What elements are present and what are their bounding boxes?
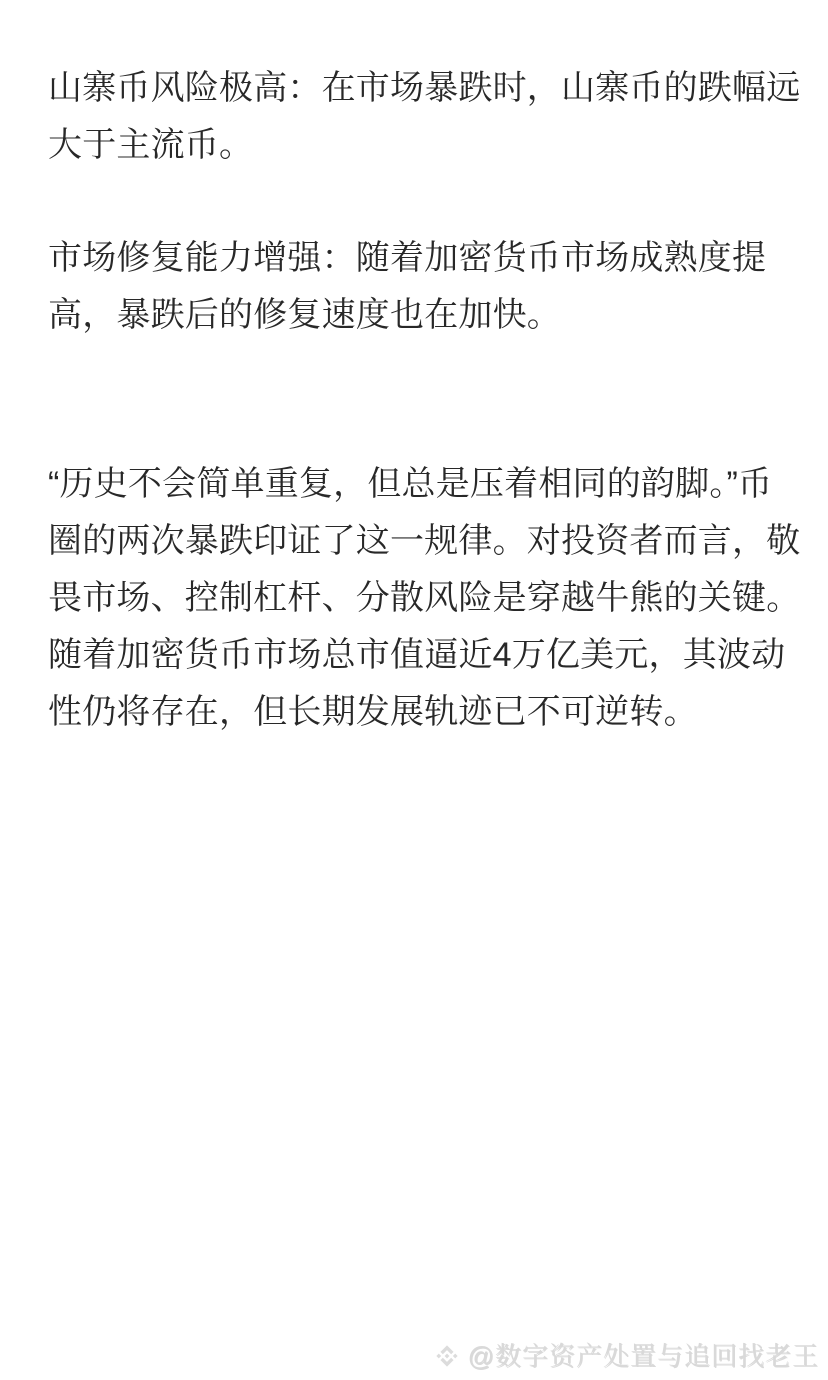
text-line: 高，暴跌后的修复速度也在加快。 — [48, 287, 810, 344]
watermark: @数字资产处置与追回找老王 — [430, 1337, 820, 1374]
paragraph-altcoin-risk: 山寨币风险极高：在市场暴跌时，山寨币的跌幅远 大于主流币。 — [48, 60, 810, 174]
text-line: 圈的两次暴跌印证了这一规律。对投资者而言，敬 — [48, 513, 810, 570]
text-line: 大于主流币。 — [48, 117, 810, 174]
text-line: 畏市场、控制杠杆、分散风险是穿越牛熊的关键。 — [48, 570, 810, 627]
paragraph-market-recovery: 市场修复能力增强：随着加密货币市场成熟度提 高，暴跌后的修复速度也在加快。 — [48, 230, 810, 344]
bnb-diamond-logo-icon — [430, 1339, 464, 1373]
watermark-handle: @数字资产处置与追回找老王 — [469, 1337, 820, 1374]
text-line: “历史不会简单重复，但总是压着相同的韵脚。”币 — [48, 456, 810, 513]
text-line: 随着加密货币市场总市值逼近4万亿美元，其波动 — [48, 627, 810, 684]
article-page: 山寨币风险极高：在市场暴跌时，山寨币的跌幅远 大于主流币。 市场修复能力增强：随… — [0, 0, 828, 1380]
text-line: 性仍将存在，但长期发展轨迹已不可逆转。 — [48, 684, 810, 741]
article-body: 山寨币风险极高：在市场暴跌时，山寨币的跌幅远 大于主流币。 市场修复能力增强：随… — [48, 60, 810, 741]
text-line: 市场修复能力增强：随着加密货币市场成熟度提 — [48, 230, 810, 287]
text-line: 山寨币风险极高：在市场暴跌时，山寨币的跌幅远 — [48, 60, 810, 117]
paragraph-conclusion: “历史不会简单重复，但总是压着相同的韵脚。”币 圈的两次暴跌印证了这一规律。对投… — [48, 456, 810, 741]
